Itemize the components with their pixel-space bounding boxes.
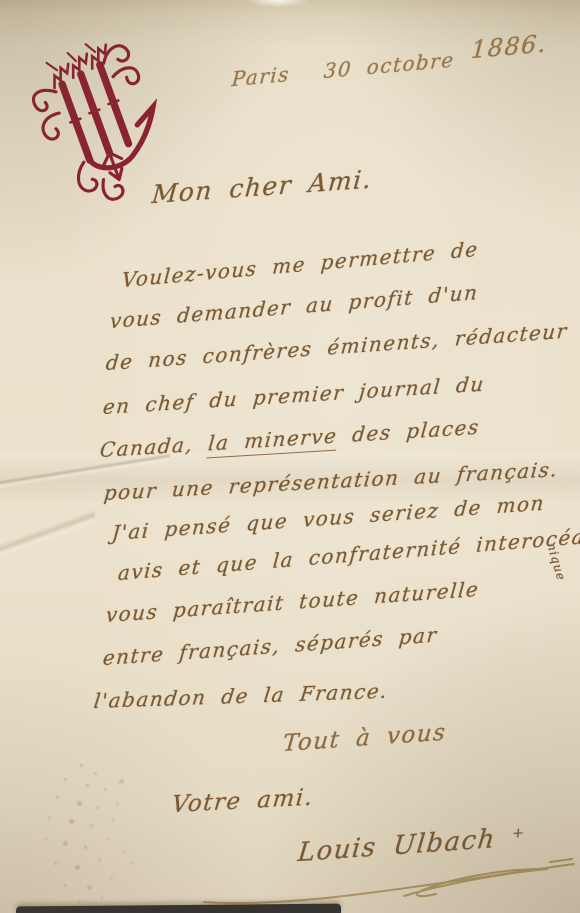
dateline: Paris30 octobre1886.: [231, 36, 548, 92]
letter-scan: Paris30 octobre1886. Mon cher Ami. Voule…: [0, 0, 580, 913]
body-line-10: entre français, séparés par: [102, 622, 439, 670]
closing-votre-ami: Votre ami.: [171, 784, 315, 818]
background-gap: [16, 904, 341, 913]
body-line-11: l'abandon de la France.: [93, 679, 390, 713]
fold-crease-left-lower: [0, 502, 95, 562]
salutation: Mon cher Ami.: [151, 164, 374, 209]
paper-edge-highlight: [248, 0, 308, 7]
body-line-9: vous paraîtrait toute naturelle: [105, 577, 480, 627]
signature-flourish: [198, 856, 580, 910]
canada-post: des places: [336, 415, 481, 448]
dateline-place: Paris: [231, 62, 291, 91]
dateline-day-month: 30 octobre: [323, 47, 456, 83]
signature-cross-mark: +: [511, 825, 526, 842]
monogram-icon: [22, 38, 170, 206]
ink-transfer-speckle: [34, 758, 37, 761]
body-line-4: en chef du premier journal du: [102, 372, 486, 420]
closing-tout-a-vous: Tout à vous: [282, 719, 448, 757]
dateline-year: 1886.: [470, 29, 548, 64]
